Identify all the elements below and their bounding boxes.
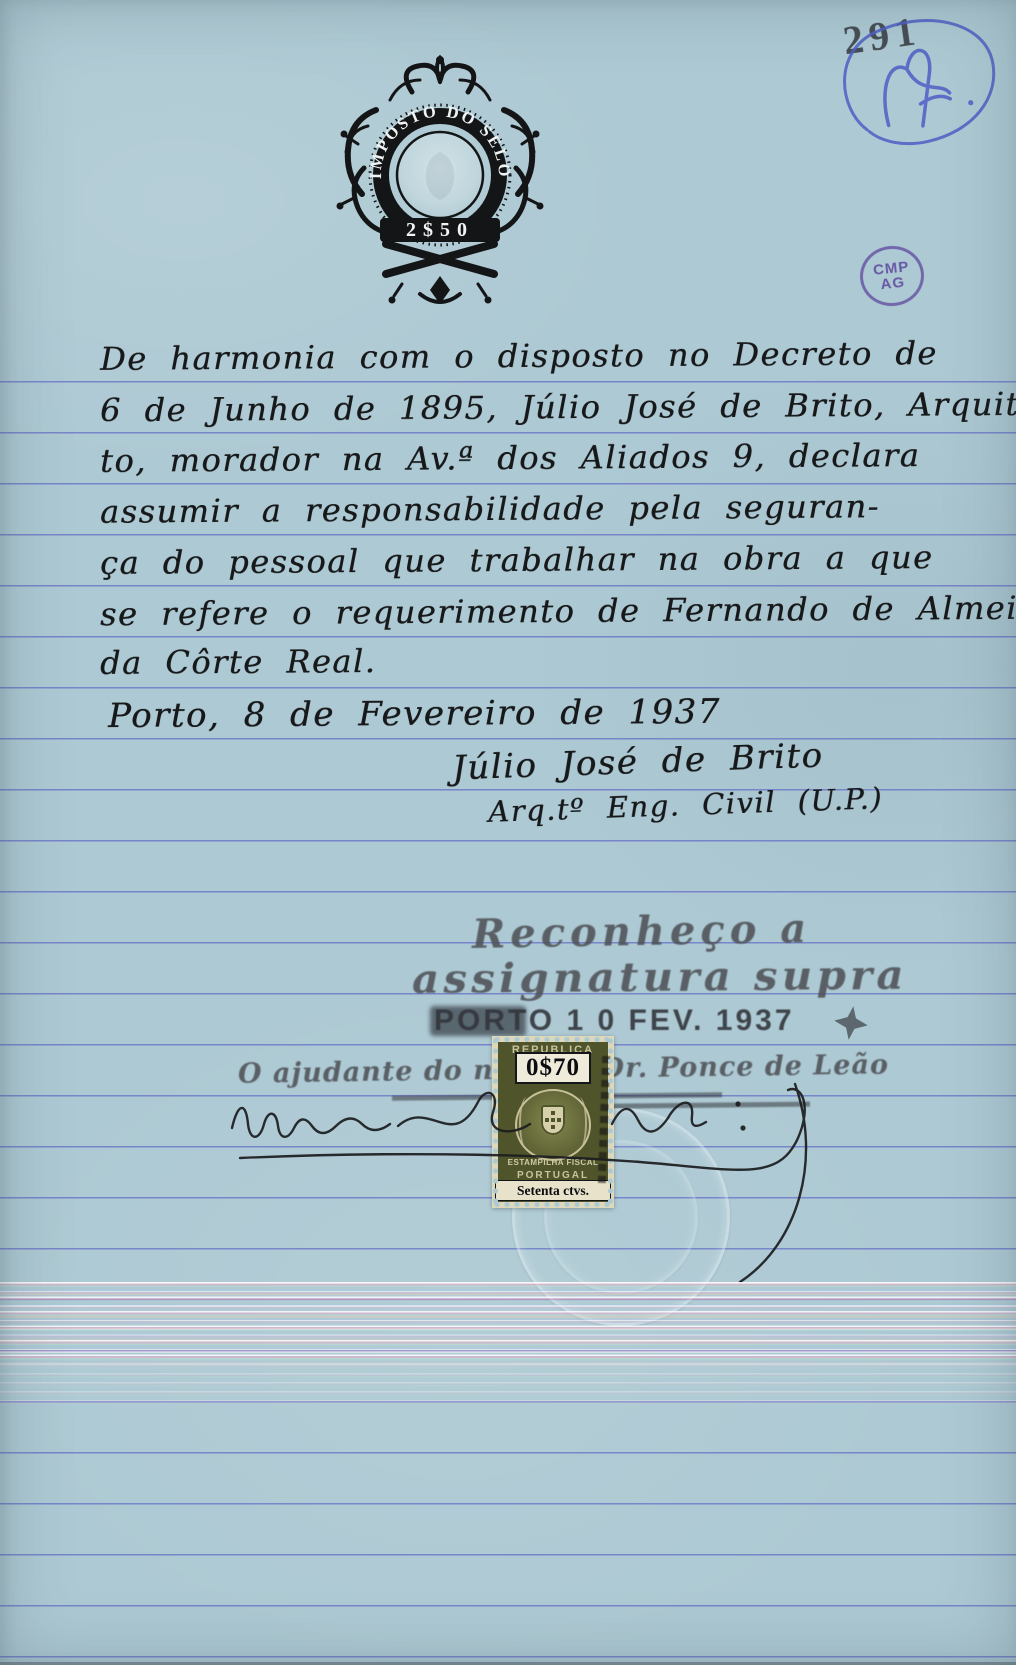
cmp-ag-round-stamp: CMP AG bbox=[857, 243, 927, 309]
scan-artifact-band-faint bbox=[0, 1364, 1016, 1406]
manuscript-line: assumir a responsabilidade pela seguran- bbox=[100, 487, 880, 530]
date-stamp-city: PORTO bbox=[434, 1004, 555, 1037]
manuscript-line: se refere o requerimento de Fernando de … bbox=[100, 589, 1016, 633]
document-scan: IMPOSTO DO SELO 2$50 291 CMP AG De harmo… bbox=[0, 0, 1016, 1665]
manuscript-line: ça do pessoal que trabalhar na obra a qu… bbox=[100, 538, 934, 582]
notary-recognition-line1: Reconheço a bbox=[472, 905, 812, 958]
blue-rubric-icon bbox=[822, 4, 1016, 154]
seal-value: 2$50 bbox=[406, 219, 474, 241]
manuscript-line: 6 de Junho de 1895, Júlio José de Brito,… bbox=[100, 385, 1016, 430]
imposto-do-selo-seal: IMPOSTO DO SELO 2$50 bbox=[328, 48, 552, 310]
manuscript-line: to, morador na Av.ª dos Aliados 9, decla… bbox=[100, 436, 920, 480]
manuscript-line: da Côrte Real. bbox=[100, 642, 377, 682]
manuscript-dateline: Porto, 8 de Fevereiro de 1937 bbox=[108, 692, 721, 736]
maltese-cross-icon bbox=[832, 1004, 870, 1042]
notary-recognition-line2: assignatura supra bbox=[412, 952, 908, 1003]
cmp-stamp-line2: AG bbox=[880, 275, 906, 292]
declarant-signature: Júlio José de Brito bbox=[451, 736, 824, 789]
date-stamp-date: 1 0 FEV. 1937 bbox=[566, 1004, 794, 1037]
notary-date-stamp: PORTO 1 0 FEV. 1937 bbox=[434, 1004, 795, 1038]
declarant-signature-title: Arq.tº Eng. Civil (U.P.) bbox=[488, 781, 884, 829]
clerk-signature-flourish bbox=[0, 1040, 1016, 1340]
manuscript-line: De harmonia com o disposto no Decreto de bbox=[100, 334, 938, 378]
